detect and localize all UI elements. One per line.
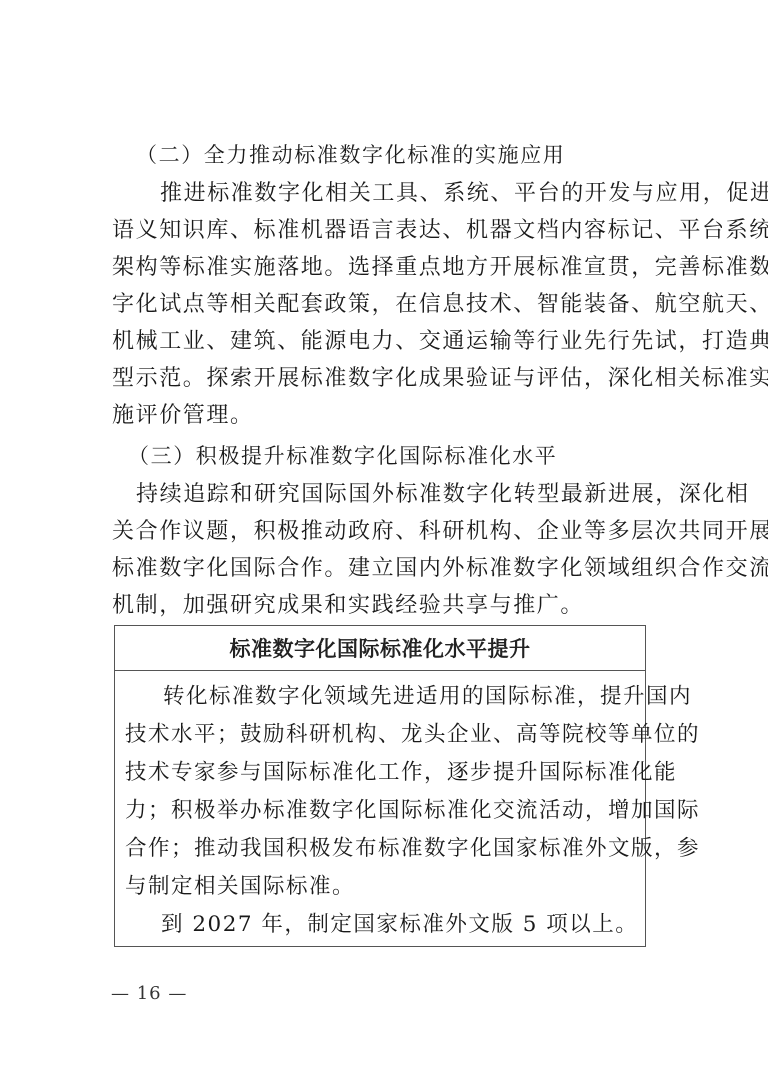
box-line: 力；积极举办标准数字化国际标准化交流活动，增加国际 <box>125 792 700 830</box>
paragraph-line: 施评价管理。 <box>112 397 652 435</box>
document-page: （二）全力推动标准数字化标准的实施应用 推进标准数字化相关工具、系统、平台的开发… <box>0 0 768 1086</box>
box-line: 转化标准数字化领域先进适用的国际标准，提升国内 <box>163 678 692 716</box>
paragraph-line: 持续追踪和研究国际国外标准数字化转型最新进展，深化相 <box>136 476 676 514</box>
box-line: 技术水平；鼓励科研机构、龙头企业、高等院校等单位的 <box>125 716 700 754</box>
paragraph-line: 推进标准数字化相关工具、系统、平台的开发与应用，促进 <box>160 175 700 213</box>
paragraph-line: 语义知识库、标准机器语言表达、机器文档内容标记、平台系统 <box>112 212 652 250</box>
paragraph-line: 关合作议题，积极推动政府、科研机构、企业等多层次共同开展 <box>112 513 652 551</box>
box-line: 到 2027 年，制定国家标准外文版 5 项以上。 <box>161 906 638 944</box>
paragraph-line: 机制，加强研究成果和实践经验共享与推广。 <box>112 587 652 625</box>
box-line: 合作；推动我国积极发布标准数字化国家标准外文版，参 <box>125 830 700 868</box>
paragraph-line: 标准数字化国际合作。建立国内外标准数字化领域组织合作交流 <box>112 550 652 588</box>
box-line: 技术专家参与国际标准化工作，逐步提升国际标准化能 <box>125 754 677 792</box>
paragraph-line: 架构等标准实施落地。选择重点地方开展标准宣贯，完善标准数 <box>112 249 652 287</box>
box-title: 标准数字化国际标准化水平提升 <box>115 626 645 671</box>
paragraph-line: 字化试点等相关配套政策，在信息技术、智能装备、航空航天、 <box>112 286 652 324</box>
box-line: 与制定相关国际标准。 <box>125 868 355 906</box>
highlight-box: 标准数字化国际标准化水平提升 转化标准数字化领域先进适用的国际标准，提升国内 技… <box>114 625 646 947</box>
section-heading-2: （二）全力推动标准数字化标准的实施应用 <box>136 136 676 174</box>
page-number: — 16 — <box>111 983 187 1004</box>
paragraph-line: 型示范。探索开展标准数字化成果验证与评估，深化相关标准实 <box>112 360 652 398</box>
section-heading-3: （三）积极提升标准数字化国际标准化水平 <box>128 437 668 475</box>
paragraph-line: 机械工业、建筑、能源电力、交通运输等行业先行先试，打造典 <box>112 323 652 361</box>
